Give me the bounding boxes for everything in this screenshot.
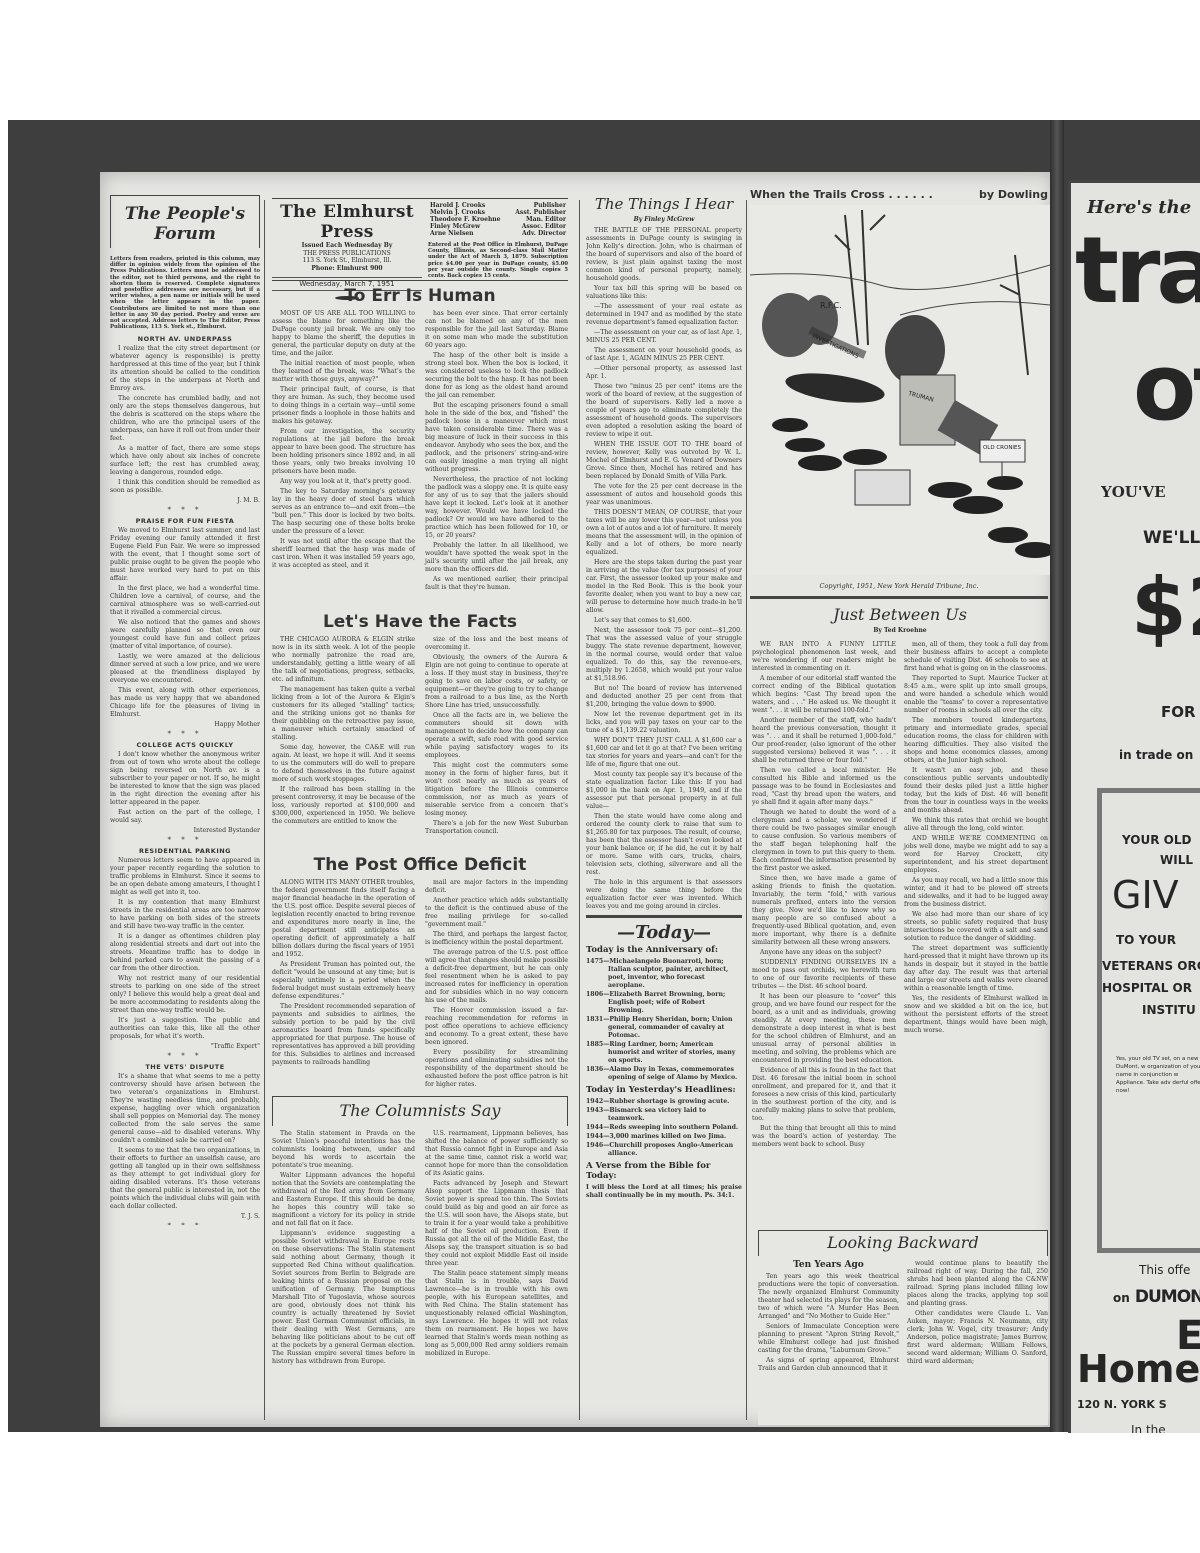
dumont-tv-advertisement: Here's the tra of YOU'VE WE'LL $2 FOR in… (1068, 180, 1200, 1433)
just-between-us-title: Just Between Us (752, 605, 1048, 624)
masthead-bottom-rule (272, 280, 568, 281)
paragraph: WHY DON'T THEY JUST CALL A $1,600 car a … (586, 737, 742, 769)
paragraph: The Stalin peace statement simply means … (425, 1270, 568, 1358)
paragraph: Seniors of Immaculate Conception were pl… (758, 1323, 899, 1355)
staff-name: Harold J. Crooks (428, 202, 509, 209)
letter-signature: Interested Bystander (110, 827, 260, 835)
paragraph: It seems to me that the two organization… (110, 1147, 260, 1211)
headline-item: 1943—Bismarck sea victory laid to teamwo… (586, 1107, 742, 1123)
paragraph: But the thing that brought all this to m… (752, 1125, 896, 1149)
paragraph: If the railroad has been stalling in the… (272, 786, 415, 826)
paragraph: I think this condition should be remedie… (110, 479, 260, 495)
paragraph: Walter Lippmann advances the hopeful not… (272, 1172, 415, 1228)
staff-role: Publisher (509, 202, 568, 209)
paragraph: Once all the facts are in, we believe th… (425, 712, 568, 760)
paragraph: As signs of spring appeared, Elmhurst Tr… (758, 1357, 899, 1373)
paragraph: The hole in this argument is that assess… (586, 879, 742, 911)
paragraph: We moved to Elmhurst last summer, and la… (110, 527, 260, 583)
paragraph: size of the loss and the best means of o… (425, 636, 568, 652)
paragraph: The concrete has crumbled badly, and not… (110, 395, 260, 443)
paragraph: has been ever since. That error certainl… (425, 310, 568, 350)
headlines-heading: Today in Yesterday's Headlines: (586, 1085, 742, 1095)
paragraph: Lastly, we were amazed at the delicious … (110, 653, 260, 685)
things-i-hear-body: THE BATTLE OF THE PERSONAL property asse… (586, 227, 742, 911)
anniversary-list: 1475—Michaelangelo Buonarroti, born; Ita… (586, 958, 742, 1082)
letter-signature: T. J. S. (110, 1213, 260, 1221)
publisher-org: THE PRESS PUBLICATIONS (272, 250, 422, 258)
ten-years-ago-heading: Ten Years Ago (758, 1260, 899, 1270)
paragraph: This event, along with other experiences… (110, 687, 260, 719)
just-between-us-section: Just Between Us By Ted Kroehne WE RAN IN… (752, 605, 1048, 1225)
paragraph: The assessment on your household goods, … (586, 347, 742, 363)
headline-item: 1946—Churchill proposes Anglo-American a… (586, 1142, 742, 1158)
staff-role: Asst. Publisher (509, 209, 568, 216)
ad-small-print: Yes, your old TV set, on a new DuMont, w… (1116, 1055, 1200, 1095)
forum-letters: NORTH AV. UNDERPASSI realize that the ci… (110, 335, 260, 1225)
editorial-col1: THE CHICAGO AURORA & ELGIN strike now is… (272, 636, 415, 838)
staff-row: Arne NielsenAdv. Director (428, 230, 568, 237)
staff-name: Arne Nielsen (428, 230, 509, 237)
ad-dollar-amount: $2 (1131, 563, 1200, 653)
editorial-col2: mail are major factors in the impending … (425, 879, 568, 1091)
today-rule (586, 915, 742, 918)
paragraph: They reported to Supt. Maurice Tucker at… (904, 675, 1048, 715)
paragraph: It is my contention that many Elmhurst s… (110, 899, 260, 931)
ad-for: FOR (1161, 703, 1196, 721)
phone: Phone: Elmhurst 900 (272, 265, 422, 273)
paragraph: But no! The board of review has interven… (586, 685, 742, 709)
looking-backward-title: Looking Backward (759, 1233, 1047, 1252)
headline-item: 1942—Rubber shortage is growing acute. (586, 1098, 742, 1106)
separator-stars: * * * (110, 730, 260, 738)
paragraph: Then the state would have come along and… (586, 813, 742, 877)
paragraph: THE CHICAGO AURORA & ELGIN strike now is… (272, 636, 415, 684)
paragraph: The third, and perhaps the largest facto… (425, 931, 568, 947)
paragraph: U.S. rearmament, Lippmann believes, has … (425, 1130, 568, 1178)
editorial-col1: MOST OF US ARE ALL TOO WILLING to assess… (272, 310, 415, 594)
letter-heading: PRAISE FOR FUN FIESTA (110, 517, 260, 525)
paragraph: As you may recall, we had a little snow … (904, 877, 1048, 909)
letter-signature: Happy Mother (110, 721, 260, 729)
letter-signature: "Traffic Expert" (110, 1043, 260, 1051)
separator-stars: * * * (110, 836, 260, 844)
paragraph: Yes, the residents of Elmhurst walked in… (904, 995, 1048, 1035)
paragraph: I realize that the city street departmen… (110, 345, 260, 393)
paragraph: This might cost the commuters some money… (425, 762, 568, 818)
paragraph: Now let the revenue department get in it… (586, 711, 742, 735)
paragraph: As we mentioned earlier, their principal… (425, 576, 568, 592)
cartoon-label-rfc: R.F.C. (820, 301, 842, 310)
editorial-col2: has been ever since. That error certainl… (425, 310, 568, 594)
ad-tagline: Here's the (1087, 197, 1191, 218)
anniversary-item: 1836—Alamo Day in Texas, commemorates op… (586, 1066, 742, 1082)
paragraph: Facts advanced by Joseph and Stewart Als… (425, 1180, 568, 1268)
editorial-cartoon: R.F.C. INVESTIGATIONS TRUMAN OLD CRONIES (750, 205, 1050, 575)
headline-item: 1944—3,000 marines killed on Iwo Jima. (586, 1133, 742, 1141)
just-between-us-col1: WE RAN INTO A FUNNY LITTLE psychological… (752, 641, 896, 1151)
paragraph: men, all of them, they took a full day f… (904, 641, 1048, 673)
paragraph: Those two "minus 25 per cent" items are … (586, 383, 742, 439)
paragraph: Another member of the staff, who hadn't … (752, 717, 896, 765)
ad-hospital: HOSPITAL OR (1102, 981, 1192, 995)
editorial-title: The Post Office Deficit (272, 855, 568, 875)
ad-brand: DUMON (1135, 1287, 1200, 1307)
staff-role: Man. Editor (509, 216, 568, 223)
separator-stars: * * * (110, 1222, 260, 1225)
paragraph: —The assessment of your real estate as d… (586, 303, 742, 327)
things-i-hear-title: The Things I Hear (586, 195, 742, 213)
paragraph: Though we hated to doubt the word of a c… (752, 809, 896, 873)
editorial-title: To Err Is Human (272, 286, 568, 306)
things-i-hear-column: The Things I Hear By Finley McGrew THE B… (586, 195, 742, 1235)
staff-table: Harold J. CrooksPublisherMelvin J. Crook… (428, 202, 568, 237)
paragraph: But the escaping prisoners found a small… (425, 402, 568, 474)
letter-heading: THE VETS' DISPUTE (110, 1063, 260, 1071)
cartoon-label-old-cronies: OLD CRONIES (983, 445, 1022, 451)
cartoon-copyright: Copyright, 1951, New York Herald Tribune… (750, 582, 1048, 590)
staff-row: Harold J. CrooksPublisher (428, 202, 568, 209)
staff-role: Assoc. Editor (509, 223, 568, 230)
ad-in-the: In the (1131, 1423, 1166, 1433)
staff-row: Finley McGrewAssoc. Editor (428, 223, 568, 230)
paragraph: The average patron of the U.S. post offi… (425, 949, 568, 1005)
paragraph: I don't know whether the anonymous write… (110, 751, 260, 807)
paragraph: Anyone have any ideas on the subject? (752, 949, 896, 957)
ad-big-word-2: of (1133, 338, 1200, 438)
paragraph: A member of our editorial staff wanted t… (752, 675, 896, 715)
cartoon-bottom-rule (750, 596, 1048, 599)
paragraph: Their principal fault, of course, is tha… (272, 386, 415, 426)
paragraph: Evidence of all this is found in the fac… (752, 1067, 896, 1123)
paragraph: Lippmann's evidence suggesting a possibl… (272, 1230, 415, 1366)
letter-heading: RESIDENTIAL PARKING (110, 847, 260, 855)
paragraph: MOST OF US ARE ALL TOO WILLING to assess… (272, 310, 415, 358)
page-fold-gutter (1050, 120, 1064, 1432)
paragraph: Then we called a local minister. He cons… (752, 767, 896, 807)
paragraph: In the first place, we had a wonderful t… (110, 585, 260, 617)
editorial-post-office-deficit: The Post Office DeficitALONG WITH ITS MA… (272, 853, 568, 1091)
masthead-top-rule (272, 198, 568, 199)
paragraph: SUDDENLY FINDING OURSELVES IN a mood to … (752, 959, 896, 991)
paper-name: The Elmhurst Press (272, 202, 422, 242)
bible-heading: A Verse from the Bible for Today: (586, 1161, 742, 1181)
paragraph: The management has taken quite a verbal … (272, 686, 415, 742)
staff-row: Theodore F. KroehneMan. Editor (428, 216, 568, 223)
ad-inner-box: YOUR OLD WILL GIV TO YOUR VETERANS ORG H… (1097, 788, 1200, 1253)
entered-notice: Entered at the Post Office in Elmhurst, … (428, 242, 568, 279)
paragraph: would continue plans to beautify the rai… (907, 1260, 1048, 1308)
paragraph: The key to Saturday morning's getaway la… (272, 488, 415, 536)
cartoon-author: by Dowling (979, 188, 1048, 201)
just-between-us-byline: By Ted Kroehne (752, 627, 1048, 635)
paragraph: The street department was sufficiently h… (904, 945, 1048, 993)
paragraph: It was not until after the escape that t… (272, 538, 415, 570)
columnists-title: The Columnists Say (273, 1101, 567, 1120)
bible-verse: I will bless the Lord at all times; his … (586, 1184, 742, 1200)
paragraph: Nevertheless, the practice of not lockin… (425, 476, 568, 540)
ad-on: on DUMON (1113, 1287, 1200, 1307)
ad-offer: This offe (1139, 1263, 1190, 1277)
paragraph: Here are the steps taken during the past… (586, 559, 742, 615)
paragraph: —Other personal property, as assessed la… (586, 365, 742, 381)
columnists-section: The Columnists Say The Stalin statement … (272, 1096, 568, 1424)
editorial-columns: ALONG WITH ITS MANY OTHER troubles, the … (272, 879, 568, 1091)
forum-title-line1: The People's (115, 204, 255, 224)
columnists-col2: U.S. rearmament, Lippmann believes, has … (425, 1130, 568, 1368)
anniversary-item: 1806—Elizabeth Barret Browning, born; En… (586, 991, 742, 1015)
anniversary-item: 1831—Philip Henry Sheridan, born; Union … (586, 1016, 742, 1040)
paragraph: The President recommended separation of … (272, 1003, 415, 1067)
column-rule (579, 200, 580, 1420)
looking-backward-col1: Ten years ago this week theatrical produ… (758, 1273, 899, 1373)
paragraph: Numerous letters seem to have appeared i… (110, 857, 260, 897)
separator-stars: * * * (110, 1052, 260, 1060)
paragraph: WE RAN INTO A FUNNY LITTLE psychological… (752, 641, 896, 673)
paragraph: ALONG WITH ITS MANY OTHER troubles, the … (272, 879, 415, 959)
cartoon-dots: . . . . . . (889, 188, 933, 201)
anniversary-heading: Today is the Anniversary of: (586, 945, 742, 955)
just-between-us-col2: men, all of them, they took a full day f… (904, 641, 1048, 1151)
peoples-forum-column: The People's Forum Letters from readers,… (110, 195, 260, 1225)
paragraph: AND WHILE WE'RE COMMENTING on jobs well … (904, 835, 1048, 875)
paragraph: Your tax bill this spring will be based … (586, 285, 742, 301)
today-title: —Today— (586, 922, 742, 943)
ad-youve: YOU'VE (1101, 483, 1166, 501)
paragraph: The vote for the 25 per cent decrease in… (586, 483, 742, 507)
looking-backward-col2: would continue plans to beautify the rai… (907, 1260, 1048, 1375)
ad-veterans: VETERANS ORG (1102, 959, 1200, 973)
forum-title-box: The People's Forum (110, 195, 260, 248)
paragraph: From our investigation, the security reg… (272, 428, 415, 476)
staff-row: Melvin J. CrooksAsst. Publisher (428, 209, 568, 216)
paragraph: As a matter of fact, there are some step… (110, 445, 260, 477)
issued-line: Issued Each Wednesday By (272, 242, 422, 250)
separator-stars: * * * (110, 506, 260, 514)
forum-intro: Letters from readers, printed in this co… (110, 256, 260, 330)
paragraph: mail are major factors in the impending … (425, 879, 568, 895)
headlines-list: 1942—Rubber shortage is growing acute.19… (586, 1098, 742, 1158)
looking-backward-section: Looking Backward Ten Years Ago Ten years… (758, 1230, 1048, 1425)
editorial-lets-have-the-facts: Let's Have the FactsTHE CHICAGO AURORA &… (272, 610, 568, 848)
paragraph: It is a danger as oftentimes children pl… (110, 933, 260, 973)
paragraph: There's a job for the new West Suburban … (425, 820, 568, 836)
editorial-columns: THE CHICAGO AURORA & ELGIN strike now is… (272, 636, 568, 838)
column-rule (746, 200, 747, 1420)
paragraph: Every possibility for streamlining opera… (425, 1049, 568, 1089)
masthead-staff: Harold J. CrooksPublisherMelvin J. Crook… (428, 202, 568, 279)
paragraph: Let's say that comes to $1,600. (586, 617, 742, 625)
paragraph: Obviously, the owners of the Aurora & El… (425, 654, 568, 710)
paragraph: —The assessment on your car, as of last … (586, 329, 742, 345)
ad-store-address: 120 N. YORK S (1077, 1398, 1167, 1411)
paragraph: WHEN THE ISSUE GOT TO THE board of revie… (586, 441, 742, 481)
paragraph: Ten years ago this week theatrical produ… (758, 1273, 899, 1321)
paragraph: It wasn't an easy job, and these conscie… (904, 767, 1048, 815)
ad-will: WILL (1160, 853, 1193, 867)
ad-store-home: Home (1077, 1347, 1200, 1391)
paragraph: Other candidates were Claude L. Van Auke… (907, 1310, 1048, 1366)
anniversary-item: 1885—Ring Lardner, born; American humori… (586, 1041, 742, 1065)
editorial-col2: size of the loss and the best means of o… (425, 636, 568, 838)
ad-big-word-1: tra (1075, 221, 1200, 321)
letter-heading: NORTH AV. UNDERPASS (110, 335, 260, 343)
paragraph: Next, the assessor took 75 per cent—$1,2… (586, 627, 742, 683)
forum-title-line2: Forum (115, 224, 255, 244)
staff-role: Adv. Director (509, 230, 568, 237)
paragraph: THE BATTLE OF THE PERSONAL property asse… (586, 227, 742, 283)
staff-name: Theodore F. Kroehne (428, 216, 509, 223)
things-i-hear-byline: By Finley McGrew (586, 216, 742, 224)
address: 113 S. York St., Elmhurst, Ill. (272, 257, 422, 265)
paragraph: The Hoover commission issued a far-reach… (425, 1007, 568, 1047)
paragraph: The members toured kindergartens, primar… (904, 717, 1048, 765)
letter-signature: J. M. B. (110, 497, 260, 505)
paragraph: Some day, however, the CA&E will run aga… (272, 744, 415, 784)
paragraph: Another practice which adds substantiall… (425, 897, 568, 929)
paragraph: As President Truman has pointed out, the… (272, 961, 415, 1001)
paragraph: Why not restrict many of our residential… (110, 975, 260, 1015)
paragraph: Since then, we have made a game of askin… (752, 875, 896, 947)
columnists-col1: The Stalin statement in Pravda on the So… (272, 1130, 415, 1368)
paragraph: It has been our pleasure to "cover" this… (752, 993, 896, 1065)
anniversary-item: 1475—Michaelangelo Buonarroti, born; Ita… (586, 958, 742, 990)
looking-backward-title-box: Looking Backward (758, 1230, 1048, 1256)
paragraph: Most county tax people say it's because … (586, 771, 742, 811)
staff-name: Finley McGrew (428, 223, 509, 230)
ad-in-trade: in trade on (1119, 748, 1193, 762)
letter-heading: COLLEGE ACTS QUICKLY (110, 741, 260, 749)
ad-give: GIV (1112, 873, 1179, 917)
editorial-to-err-is-human: To Err Is HumanMOST OF US ARE ALL TOO WI… (272, 284, 568, 602)
paragraph: The Stalin statement in Pravda on the So… (272, 1130, 415, 1170)
paragraph: It's just a suggestion. The public and a… (110, 1017, 260, 1041)
ad-to-your: TO YOUR (1116, 933, 1176, 947)
editorial-columns: MOST OF US ARE ALL TOO WILLING to assess… (272, 310, 568, 594)
paragraph: We think this rates that orchid we bough… (904, 817, 1048, 833)
ad-your-old: YOUR OLD (1122, 833, 1191, 847)
paragraph: Any way you look at it, that's pretty go… (272, 478, 415, 486)
editorial-title: Let's Have the Facts (272, 612, 568, 632)
cartoon-header: When the Trails Cross . . . . . . by Dow… (750, 188, 1048, 201)
paragraph: Fast action on the part of the college, … (110, 809, 260, 825)
ad-well: WE'LL (1143, 528, 1200, 548)
ad-on-text: on (1113, 1291, 1130, 1305)
columnists-title-box: The Columnists Say (272, 1096, 568, 1126)
paragraph: THIS DOESN'T MEAN, OF COURSE, that your … (586, 509, 742, 557)
headline-item: 1944—Reds sweeping into southern Poland. (586, 1124, 742, 1132)
paragraph: We also noticed that the games and shows… (110, 619, 260, 651)
paragraph: We also had more than our share of icy s… (904, 911, 1048, 943)
cartoon-title: When the Trails Cross (750, 188, 885, 201)
paragraph: The initial reaction of most people, whe… (272, 360, 415, 384)
paragraph: It's a shame that what seems to me a pet… (110, 1073, 260, 1145)
paragraph: Probably the latter. In all likelihood, … (425, 542, 568, 574)
staff-name: Melvin J. Crooks (428, 209, 509, 216)
ad-institution: INSTITU (1142, 1003, 1196, 1017)
column-rule (264, 200, 265, 1420)
editorial-col1: ALONG WITH ITS MANY OTHER troubles, the … (272, 879, 415, 1091)
paragraph: The hasp of the other bolt is inside a s… (425, 352, 568, 400)
